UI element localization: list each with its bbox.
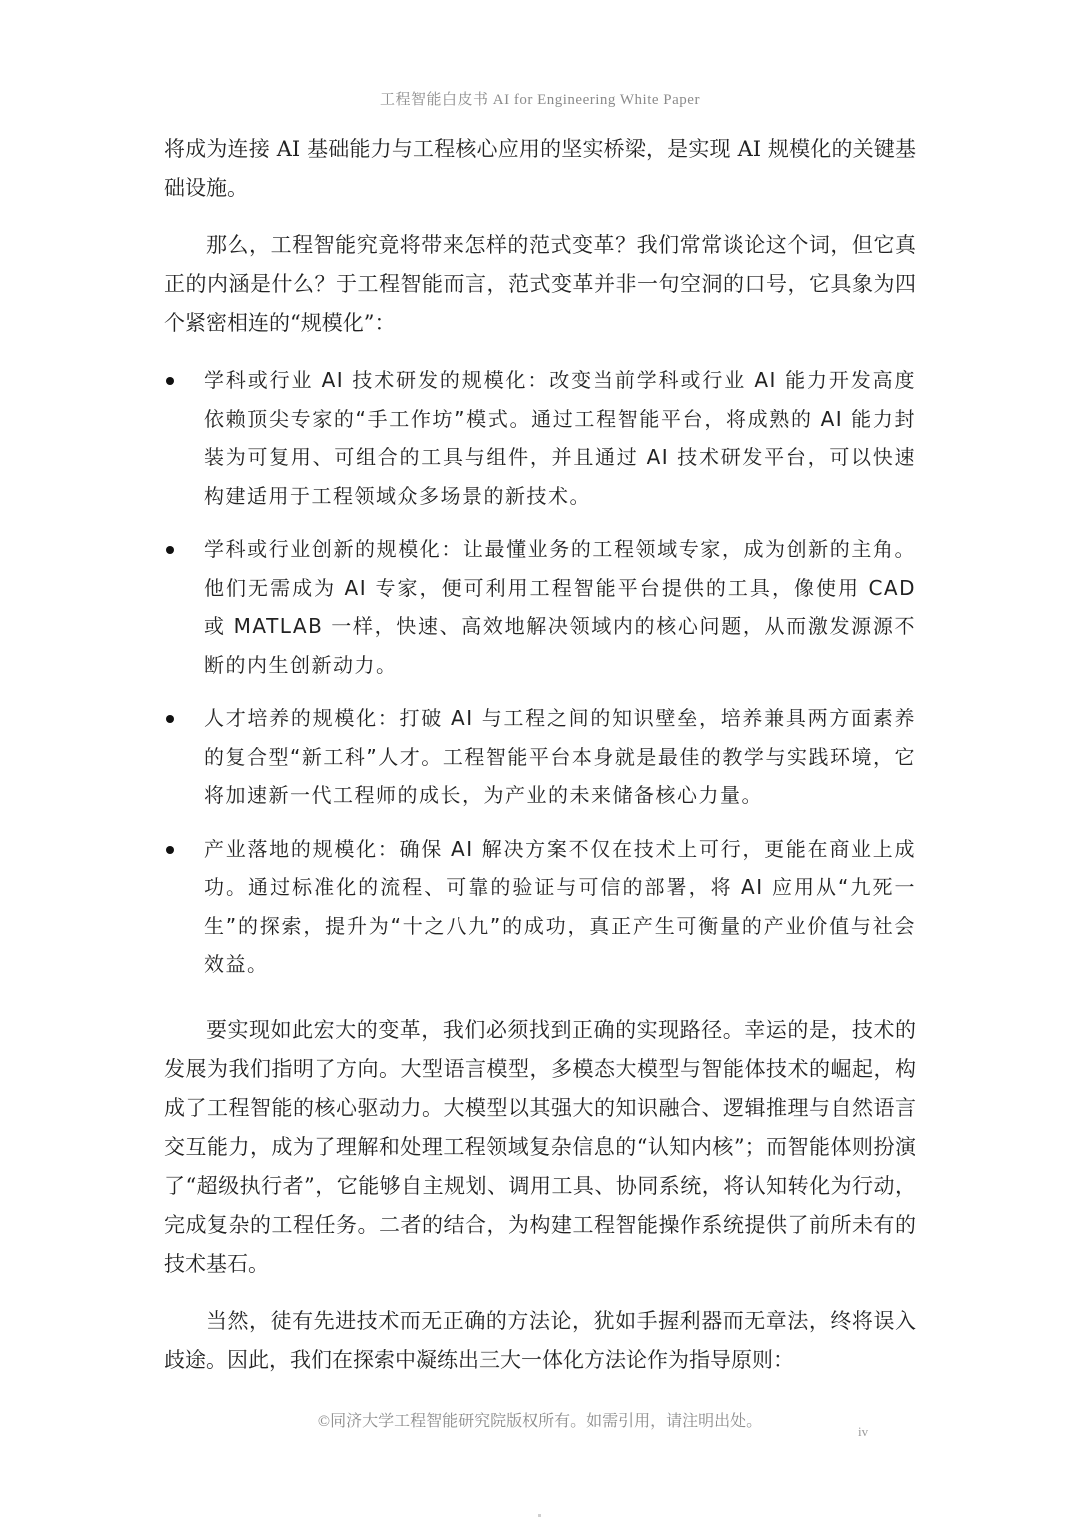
bullet-icon — [166, 377, 174, 385]
bullet-icon — [166, 546, 174, 554]
bullet-item-rd-scaling: 学科或行业 AI 技术研发的规模化：改变当前学科或行业 AI 能力开发高度依赖顶… — [164, 361, 916, 515]
bullet-text: 产业落地的规模化：确保 AI 解决方案不仅在技术上可行，更能在商业上成功。通过标… — [204, 837, 916, 977]
scaling-bullet-list: 学科或行业 AI 技术研发的规模化：改变当前学科或行业 AI 能力开发高度依赖顶… — [164, 361, 916, 984]
bullet-item-industry-scaling: 产业落地的规模化：确保 AI 解决方案不仅在技术上可行，更能在商业上成功。通过标… — [164, 830, 916, 984]
running-header: 工程智能白皮书 AI for Engineering White Paper — [0, 88, 1080, 109]
page-number: iv — [858, 1424, 868, 1440]
paragraph-continuation: 将成为连接 AI 基础能力与工程核心应用的坚实桥梁，是实现 AI 规模化的关键基… — [164, 130, 916, 208]
bullet-text: 人才培养的规模化：打破 AI 与工程之间的知识壁垒，培养兼具两方面素养的复合型“… — [204, 706, 916, 807]
paragraph-technology-path: 要实现如此宏大的变革，我们必须找到正确的实现路径。幸运的是，技术的发展为我们指明… — [164, 1011, 916, 1284]
scroll-indicator-dot — [538, 1514, 541, 1517]
paragraph-paradigm-shift: 那么，工程智能究竟将带来怎样的范式变革？我们常常谈论这个词，但它真正的内涵是什么… — [164, 226, 916, 343]
bullet-icon — [166, 715, 174, 723]
paragraph-methodology: 当然，徒有先进技术而无正确的方法论，犹如手握利器而无章法，终将误入歧途。因此，我… — [164, 1302, 916, 1380]
bullet-icon — [166, 846, 174, 854]
bullet-text: 学科或行业创新的规模化：让最懂业务的工程领域专家，成为创新的主角。他们无需成为 … — [204, 537, 916, 677]
bullet-text: 学科或行业 AI 技术研发的规模化：改变当前学科或行业 AI 能力开发高度依赖顶… — [204, 368, 916, 508]
page-body: 将成为连接 AI 基础能力与工程核心应用的坚实桥梁，是实现 AI 规模化的关键基… — [164, 130, 916, 1380]
footer-copyright: ©同济大学工程智能研究院版权所有。如需引用，请注明出处。 — [0, 1408, 1080, 1431]
bullet-item-talent-scaling: 人才培养的规模化：打破 AI 与工程之间的知识壁垒，培养兼具两方面素养的复合型“… — [164, 699, 916, 815]
bullet-item-innovation-scaling: 学科或行业创新的规模化：让最懂业务的工程领域专家，成为创新的主角。他们无需成为 … — [164, 530, 916, 684]
